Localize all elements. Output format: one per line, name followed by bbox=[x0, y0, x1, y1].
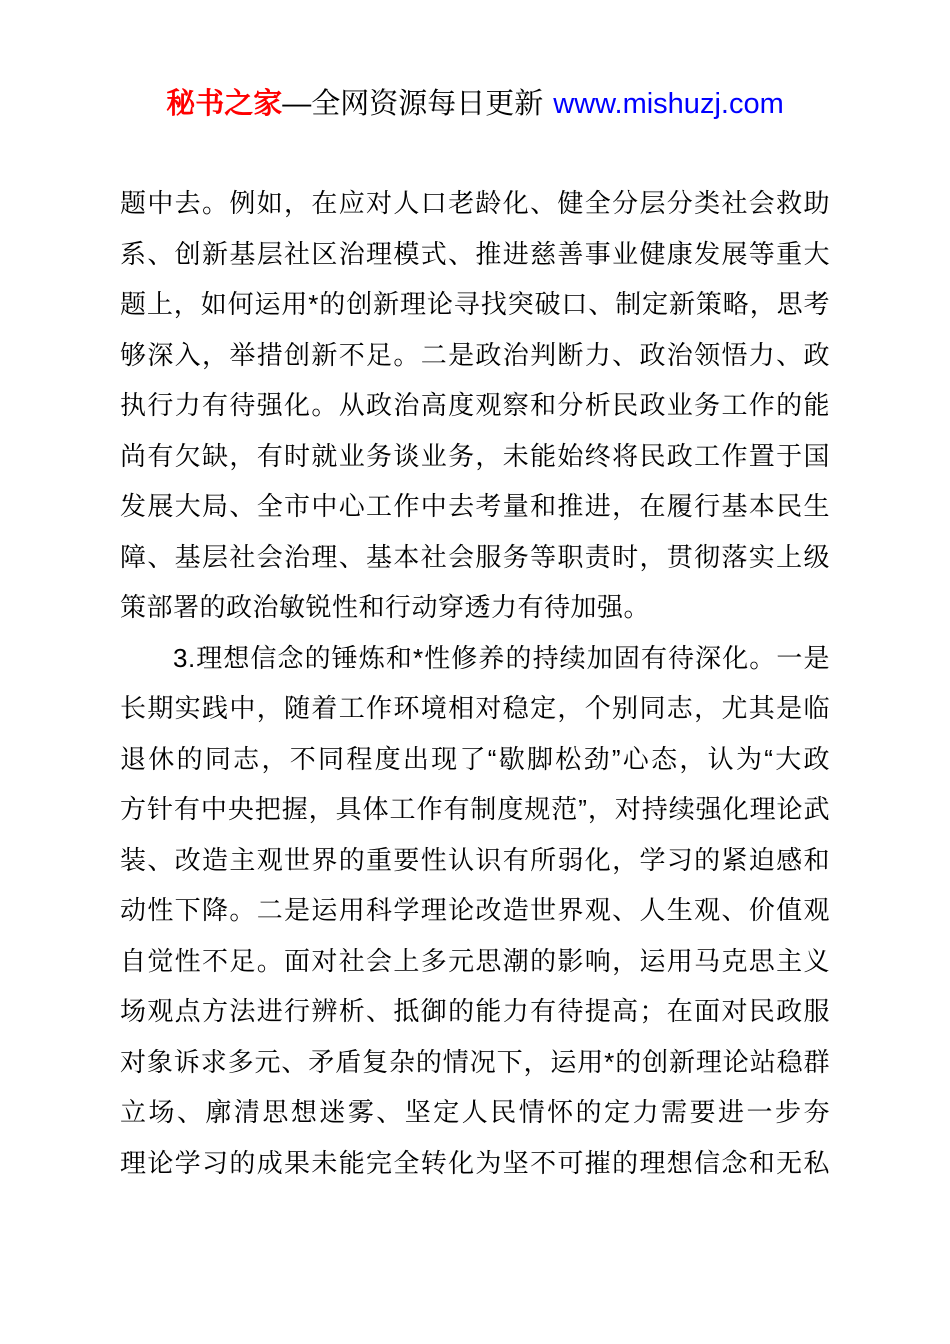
site-header: 秘书之家—全网资源每日更新www.mishuzj.com bbox=[0, 0, 950, 124]
text-line: 发展大局、全市中心工作中去考量和推进，在履行基本民生保 bbox=[120, 481, 830, 532]
text-line: 退休的同志，不同程度出现了“歇脚松劲”心态，认为“大政 bbox=[120, 734, 830, 785]
text-line: 题上，如何运用*的创新理论寻找突破口、制定新策略，思考不 bbox=[120, 279, 830, 330]
text-line: 自觉性不足。面对社会上多元思潮的影响，运用马克思主义立 bbox=[120, 936, 830, 987]
text-line: 立场、廓清思想迷雾、坚定人民情怀的定力需要进一步夯实。 bbox=[120, 1087, 830, 1138]
text-line: 尚有欠缺，有时就业务谈业务，未能始终将民政工作置于国家 bbox=[120, 431, 830, 482]
text-line: 对象诉求多元、矛盾复杂的情况下，运用*的创新理论站稳群众 bbox=[120, 1037, 830, 1088]
header-tagline: 全网资源每日更新 bbox=[311, 88, 543, 120]
text-line: 长期实践中，随着工作环境相对稳定，个别同志，尤其是临近 bbox=[120, 683, 830, 734]
paragraph: 3.理想信念的锤炼和*性修养的持续加固有待深化。一是在长期实践中，随着工作环境相… bbox=[120, 633, 830, 1189]
paragraph: 题中去。例如，在应对人口老龄化、健全分层分类社会救助体系、创新基层社区治理模式、… bbox=[120, 178, 830, 633]
text-line: 3.理想信念的锤炼和*性修养的持续加固有待深化。一是在 bbox=[120, 633, 830, 684]
text-line: 装、改造主观世界的重要性认识有所弱化，学习的紧迫感和主 bbox=[120, 835, 830, 886]
text-line: 够深入，举措创新不足。二是政治判断力、政治领悟力、政治 bbox=[120, 330, 830, 381]
text-line: 场观点方法进行辨析、抵御的能力有待提高；在面对民政服务 bbox=[120, 986, 830, 1037]
text-line: 方针有中央把握，具体工作有制度规范”，对持续强化理论武 bbox=[120, 784, 830, 835]
site-name: 秘书之家 bbox=[166, 88, 282, 120]
text-line: 策部署的政治敏锐性和行动穿透力有待加强。 bbox=[120, 582, 830, 633]
text-line: 动性下降。二是运用科学理论改造世界观、人生观、价值观的 bbox=[120, 885, 830, 936]
document-body: 题中去。例如，在应对人口老龄化、健全分层分类社会救助体系、创新基层社区治理模式、… bbox=[120, 178, 830, 1188]
text-line: 障、基层社会治理、基本社会服务等职责时，贯彻落实上级决 bbox=[120, 532, 830, 583]
text-line: 题中去。例如，在应对人口老龄化、健全分层分类社会救助体 bbox=[120, 178, 830, 229]
site-url-link[interactable]: www.mishuzj.com bbox=[553, 88, 783, 120]
text-line: 系、创新基层社区治理模式、推进慈善事业健康发展等重大课 bbox=[120, 229, 830, 280]
text-line: 理论学习的成果未能完全转化为坚不可摧的理想信念和无私奉 bbox=[120, 1138, 830, 1189]
header-dash: — bbox=[282, 88, 311, 120]
document-page: 秘书之家—全网资源每日更新www.mishuzj.com 题中去。例如，在应对人… bbox=[0, 0, 950, 1344]
text-line: 执行力有待强化。从政治高度观察和分析民政业务工作的能力 bbox=[120, 380, 830, 431]
